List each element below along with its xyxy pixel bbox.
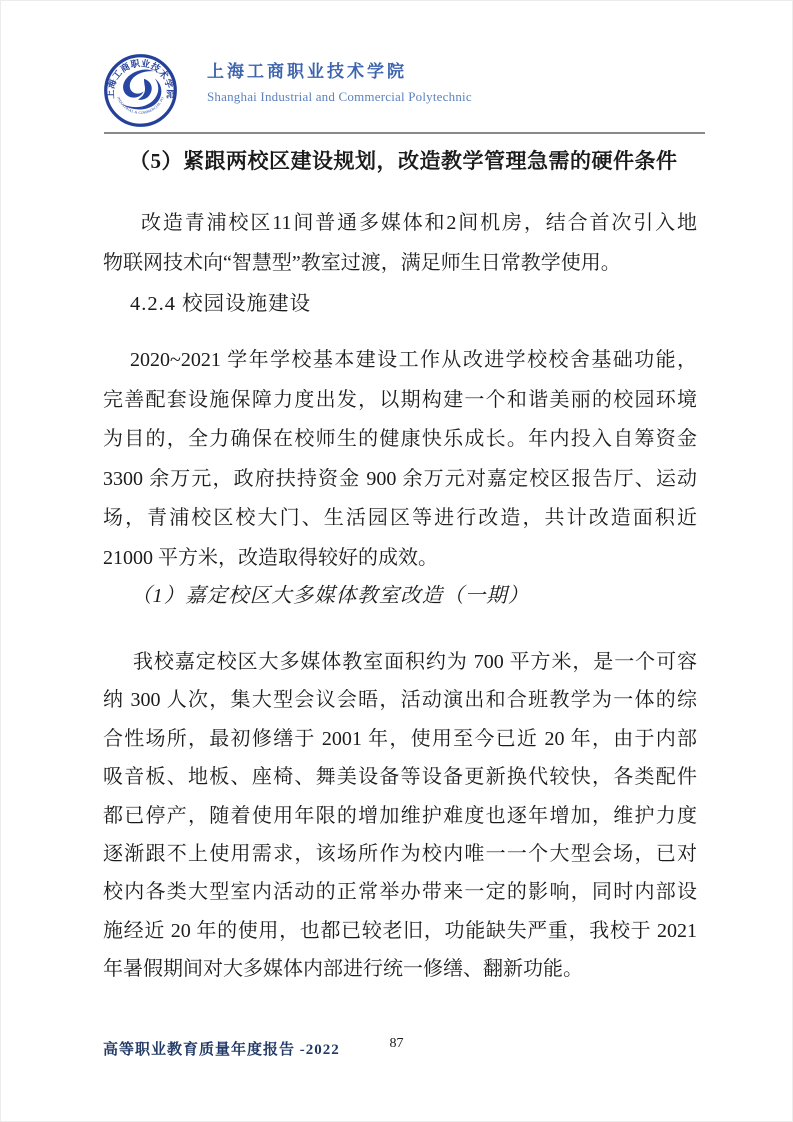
paragraph-line: 2020~2021 学年学校基本建设工作从改进学校校舍基础功能， xyxy=(103,341,697,381)
paragraph-line: 场，青浦校区校大门、生活园区等进行改造，共计改造面积近 xyxy=(103,499,697,539)
paragraph-line: 吸音板、地板、座椅、舞美设备等设备更新换代较快，各类配件 xyxy=(103,758,697,796)
school-name-english: Shanghai Industrial and Commercial Polyt… xyxy=(207,89,472,105)
paragraph-line: 3300 余万元，政府扶持资金 900 余万元对嘉定校区报告厅、运动 xyxy=(103,460,697,500)
paragraph-line: 合性场所，最初修缮于 2001 年，使用至今已近 20 年，由于内部 xyxy=(103,720,697,758)
school-name-block: 上海工商职业技术学院 Shanghai Industrial and Comme… xyxy=(207,53,472,105)
document-page: 上海工商职业技术学院 SHANGHAI INDUSTRIAL & COMMERC… xyxy=(0,0,793,1122)
paragraph-line: 我校嘉定校区大多媒体教室面积约为 700 平方米，是一个可容 xyxy=(103,643,697,681)
paragraph-line: 为目的，全力确保在校师生的健康快乐成长。年内投入自筹资金 xyxy=(103,420,697,460)
paragraph-line: 21000 平方米，改造取得较好的成效。 xyxy=(103,539,697,579)
section-heading-5: （5）紧跟两校区建设规划，改造教学管理急需的硬件条件 xyxy=(103,146,697,176)
paragraph-1: 改造青浦校区11间普通多媒体和2间机房，结合首次引入地 物联网技术向“智慧型”教… xyxy=(103,203,697,283)
page-header: 上海工商职业技术学院 SHANGHAI INDUSTRIAL & COMMERC… xyxy=(103,53,472,128)
paragraph-line: 改造青浦校区11间普通多媒体和2间机房，结合首次引入地 xyxy=(103,203,697,243)
school-name-chinese: 上海工商职业技术学院 xyxy=(207,62,472,82)
header-divider xyxy=(104,132,705,134)
school-seal-logo: 上海工商职业技术学院 SHANGHAI INDUSTRIAL & COMMERC… xyxy=(103,53,178,128)
paragraph-line: 都已停产，随着使用年限的增加维护难度也逐年增加，维护力度 xyxy=(103,797,697,835)
paragraph-line: 校内各类大型室内活动的正常举办带来一定的影响，同时内部设 xyxy=(103,873,697,911)
paragraph-line: 纳 300 人次，集大型会议会晤，活动演出和合班教学为一体的综 xyxy=(103,681,697,719)
paragraph-line: 年暑假期间对大多媒体内部进行统一修缮、翻新功能。 xyxy=(103,950,697,988)
paragraph-line: 逐渐跟不上使用需求，该场所作为校内唯一一个大型会场，已对 xyxy=(103,835,697,873)
paragraph-line: 施经近 20 年的使用，也都已较老旧，功能缺失严重，我校于 2021 xyxy=(103,912,697,950)
subsection-heading-1: （1）嘉定校区大多媒体教室改造（一期） xyxy=(103,581,697,611)
paragraph-line: 物联网技术向“智慧型”教室过渡，满足师生日常教学使用。 xyxy=(103,243,697,283)
paragraph-3: 我校嘉定校区大多媒体教室面积约为 700 平方米，是一个可容 纳 300 人次，… xyxy=(103,643,697,989)
footer-page-number: 87 xyxy=(0,1036,793,1052)
paragraph-2: 2020~2021 学年学校基本建设工作从改进学校校舍基础功能， 完善配套设施保… xyxy=(103,341,697,579)
paragraph-line: 完善配套设施保障力度出发，以期构建一个和谐美丽的校园环境 xyxy=(103,381,697,421)
section-heading-4-2-4: 4.2.4 校园设施建设 xyxy=(103,289,697,319)
